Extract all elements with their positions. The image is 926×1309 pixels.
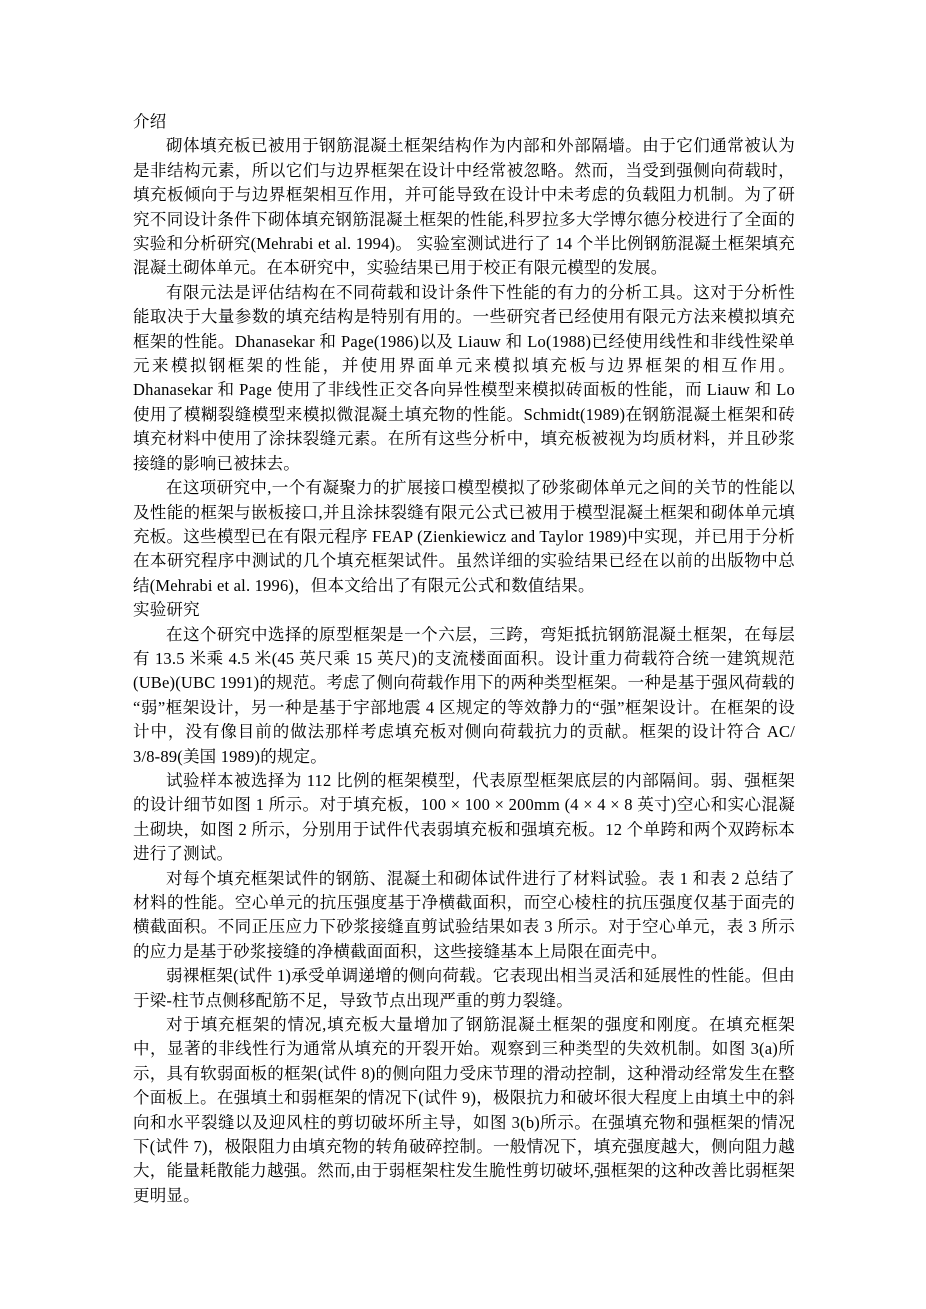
paragraph-weak-bare-frame: 弱裸框架(试件 1)承受单调递增的侧向荷载。它表现出相当灵活和延展性的性能。但由…	[133, 964, 795, 1013]
document-page: 介绍 砌体填充板已被用于钢筋混凝土框架结构作为内部和外部隔墙。由于它们通常被认为…	[0, 0, 926, 1309]
document-body: 介绍 砌体填充板已被用于钢筋混凝土框架结构作为内部和外部隔墙。由于它们通常被认为…	[133, 110, 795, 1208]
paragraph-infilled-frame-behavior: 对于填充框架的情况,填充板大量增加了钢筋混凝土框架的强度和刚度。在填充框架中，显…	[133, 1013, 795, 1208]
section-heading-experimental-study: 实验研究	[133, 598, 795, 622]
section-heading-introduction: 介绍	[133, 110, 795, 134]
paragraph-cohesive-interface-model: 在这项研究中,一个有凝聚力的扩展接口模型模拟了砂浆砌体单元之间的关节的性能以及性…	[133, 476, 795, 598]
paragraph-test-specimens: 试验样本被选择为 112 比例的框架模型，代表原型框架底层的内部隔间。弱、强框架…	[133, 769, 795, 867]
paragraph-masonry-infill-overview: 砌体填充板已被用于钢筋混凝土框架结构作为内部和外部隔墙。由于它们通常被认为是非结…	[133, 134, 795, 280]
paragraph-material-tests: 对每个填充框架试件的钢筋、混凝土和砌体试件进行了材料试验。表 1 和表 2 总结…	[133, 867, 795, 965]
paragraph-finite-element-background: 有限元法是评估结构在不同荷载和设计条件下性能的有力的分析工具。这对于分析性能取决…	[133, 281, 795, 476]
paragraph-prototype-frame-design: 在这个研究中选择的原型框架是一个六层，三跨，弯矩抵抗钢筋混凝土框架，在每层有 1…	[133, 623, 795, 769]
